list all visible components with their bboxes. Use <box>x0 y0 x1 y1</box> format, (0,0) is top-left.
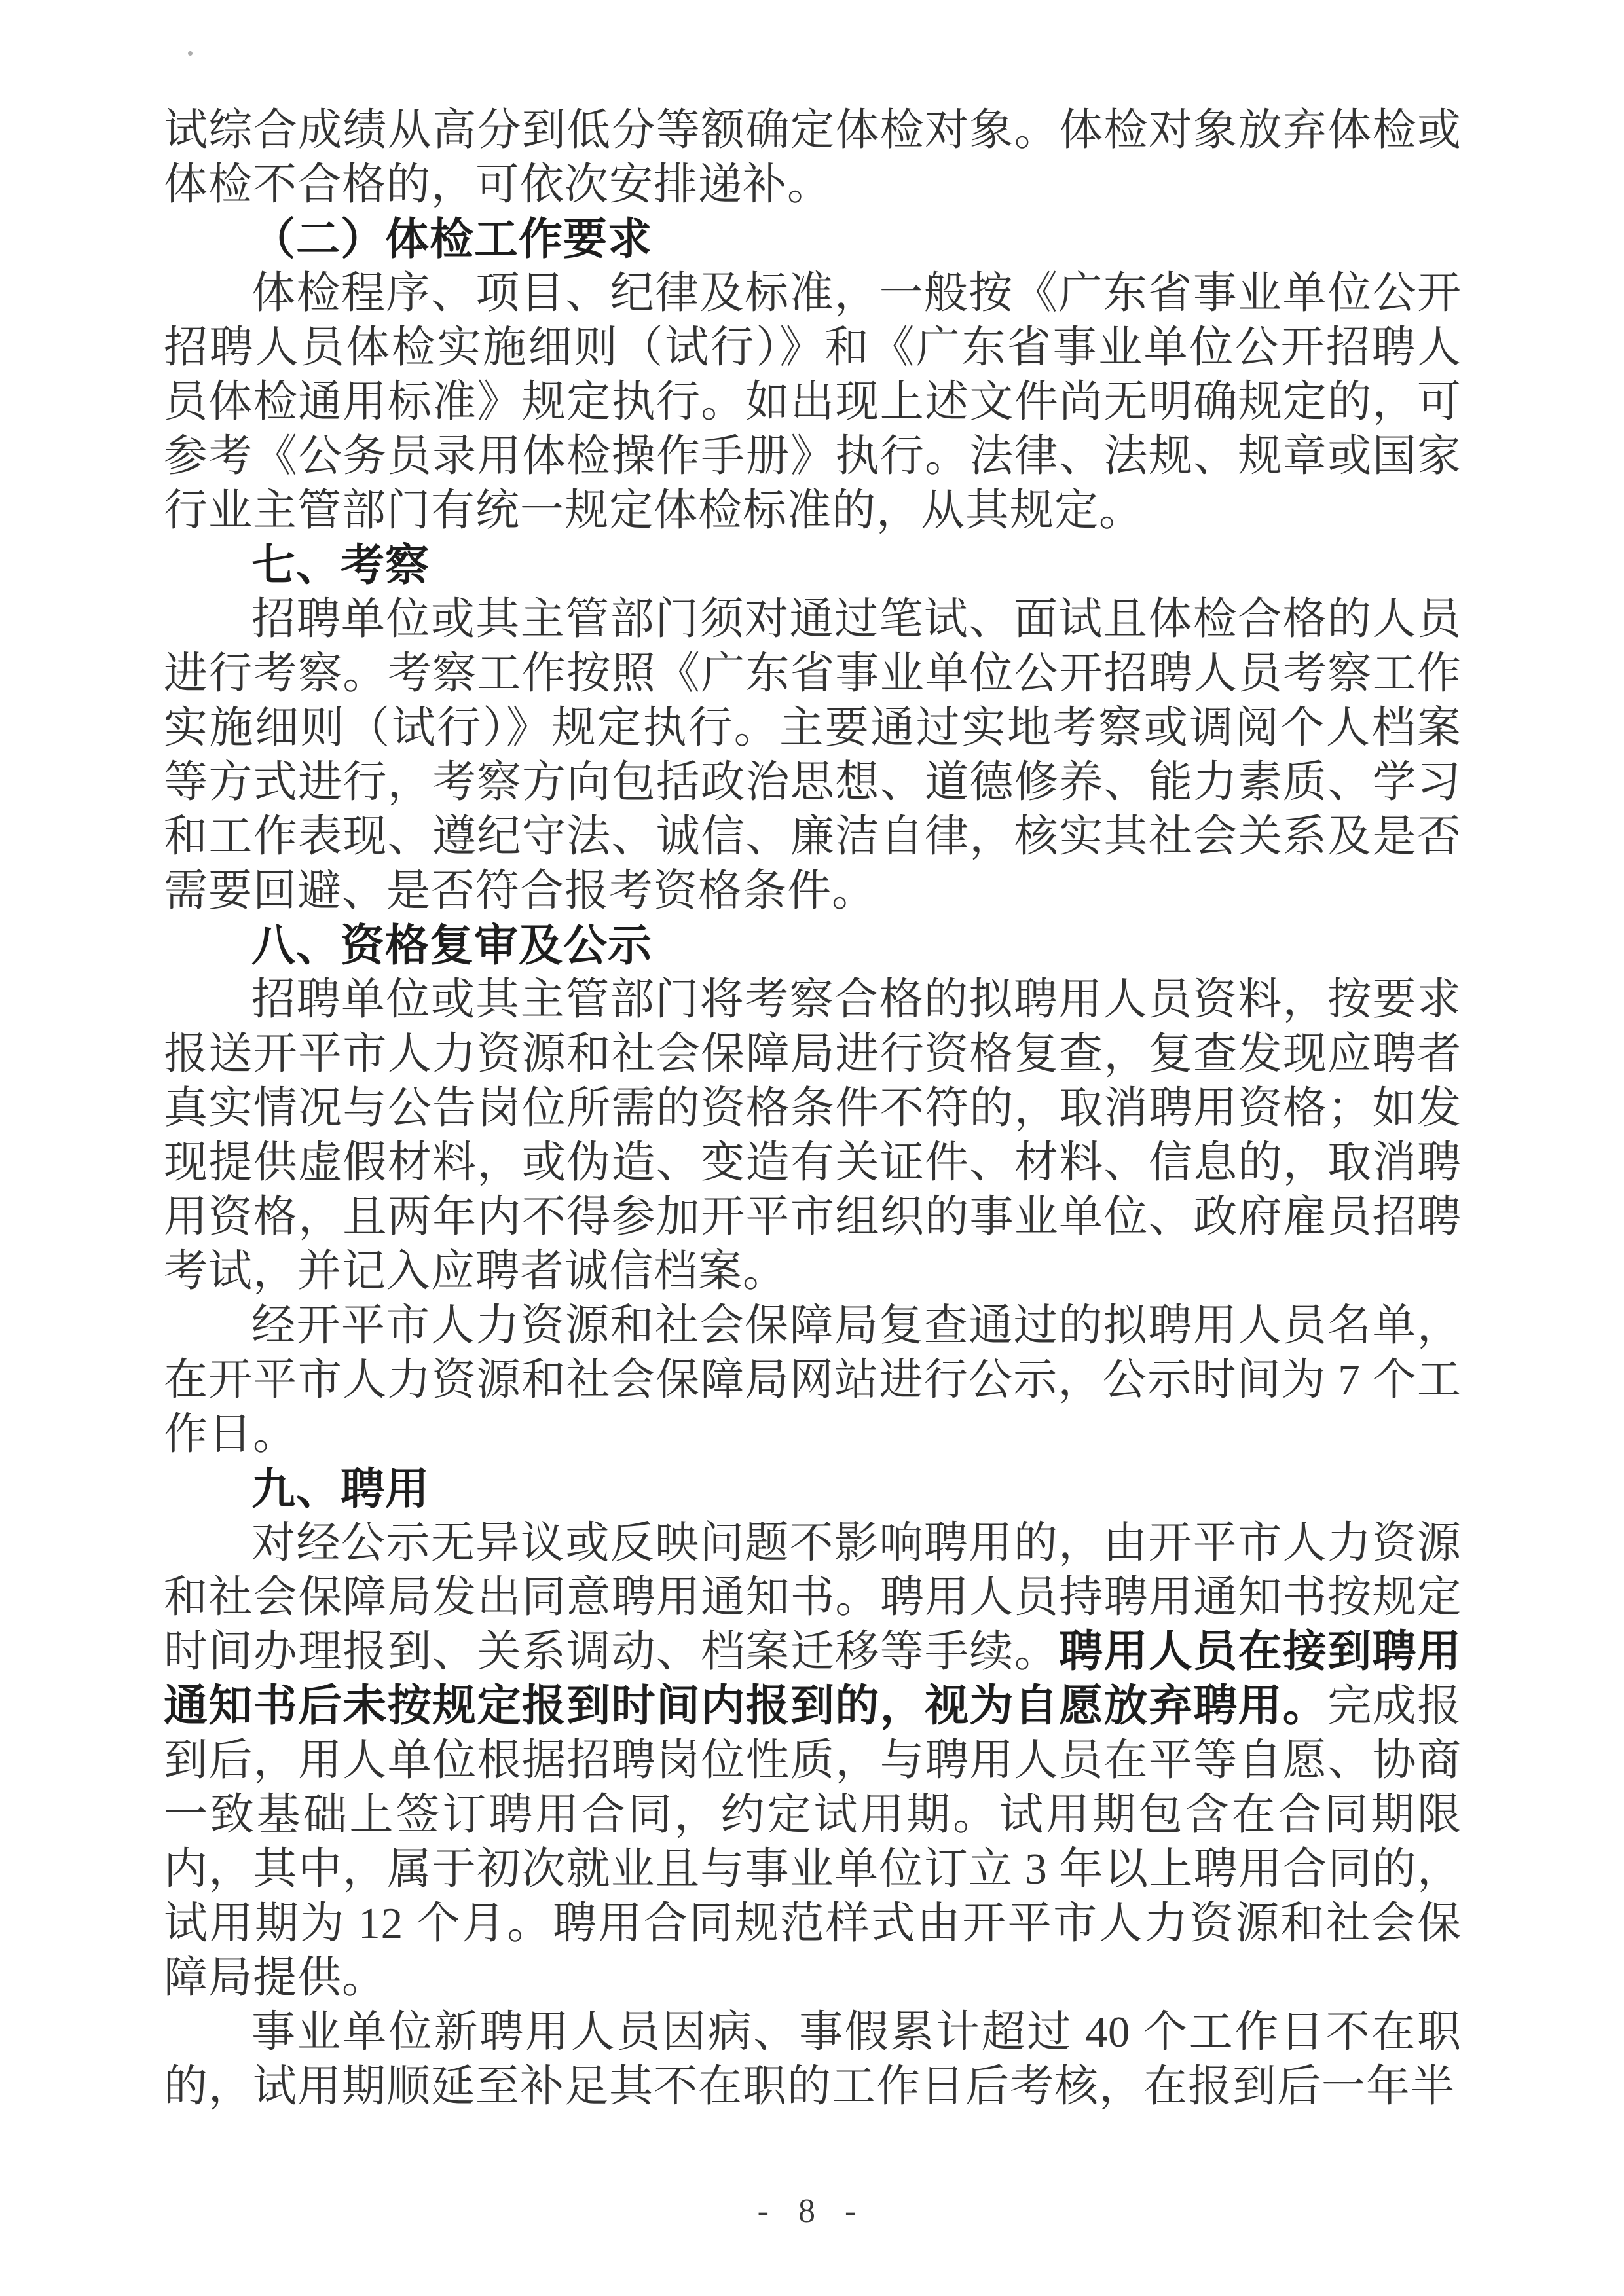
section-heading: （二）体检工作要求 <box>164 212 1462 266</box>
document-page: 试综合成绩从高分到低分等额确定体检对象。体检对象放弃体检或体检不合格的，可依次安… <box>0 0 1624 2296</box>
text-segment: 体检程序、项目、纪律及标准，一般按《广东省事业单位公开招聘人员体检实施细则（试行… <box>164 269 1462 535</box>
text-segment: 试综合成绩从高分到低分等额确定体检对象。体检对象放弃体检或体检不合格的，可依次安… <box>164 106 1462 209</box>
scan-speck <box>188 51 193 56</box>
text-segment: 事业单位新聘用人员因病、事假累计超过 40 个工作日不在职的，试用期顺延至补足其… <box>164 2008 1462 2111</box>
section-heading: 九、聘用 <box>164 1462 1462 1516</box>
section-heading: 八、资格复审及公示 <box>164 919 1462 973</box>
page-number: - 8 - <box>0 2192 1624 2231</box>
paragraph: 事业单位新聘用人员因病、事假累计超过 40 个工作日不在职的，试用期顺延至补足其… <box>164 2005 1462 2114</box>
text-segment: 招聘单位或其主管部门将考察合格的拟聘用人员资料，按要求报送开平市人力资源和社会保… <box>164 975 1462 1296</box>
text-segment: 招聘单位或其主管部门须对通过笔试、面试且体检合格的人员进行考察。考察工作按照《广… <box>164 595 1462 915</box>
bold-text-segment: 七、考察 <box>251 541 430 590</box>
section-heading: 七、考察 <box>164 538 1462 592</box>
bold-text-segment: （二）体检工作要求 <box>251 215 652 264</box>
paragraph: 对经公示无异议或反映问题不影响聘用的，由开平市人力资源和社会保障局发出同意聘用通… <box>164 1516 1462 2005</box>
paragraph: 经开平市人力资源和社会保障局复查通过的拟聘用人员名单，在开平市人力资源和社会保障… <box>164 1299 1462 1462</box>
text-segment: 经开平市人力资源和社会保障局复查通过的拟聘用人员名单，在开平市人力资源和社会保障… <box>164 1302 1462 1459</box>
paragraph: 招聘单位或其主管部门须对通过笔试、面试且体检合格的人员进行考察。考察工作按照《广… <box>164 592 1462 919</box>
bold-text-segment: 八、资格复审及公示 <box>251 921 652 970</box>
paragraph: 体检程序、项目、纪律及标准，一般按《广东省事业单位公开招聘人员体检实施细则（试行… <box>164 266 1462 538</box>
document-body: 试综合成绩从高分到低分等额确定体检对象。体检对象放弃体检或体检不合格的，可依次安… <box>164 103 1462 2114</box>
bold-text-segment: 九、聘用 <box>251 1465 430 1514</box>
paragraph: 招聘单位或其主管部门将考察合格的拟聘用人员资料，按要求报送开平市人力资源和社会保… <box>164 973 1462 1299</box>
paragraph: 试综合成绩从高分到低分等额确定体检对象。体检对象放弃体检或体检不合格的，可依次安… <box>164 103 1462 212</box>
